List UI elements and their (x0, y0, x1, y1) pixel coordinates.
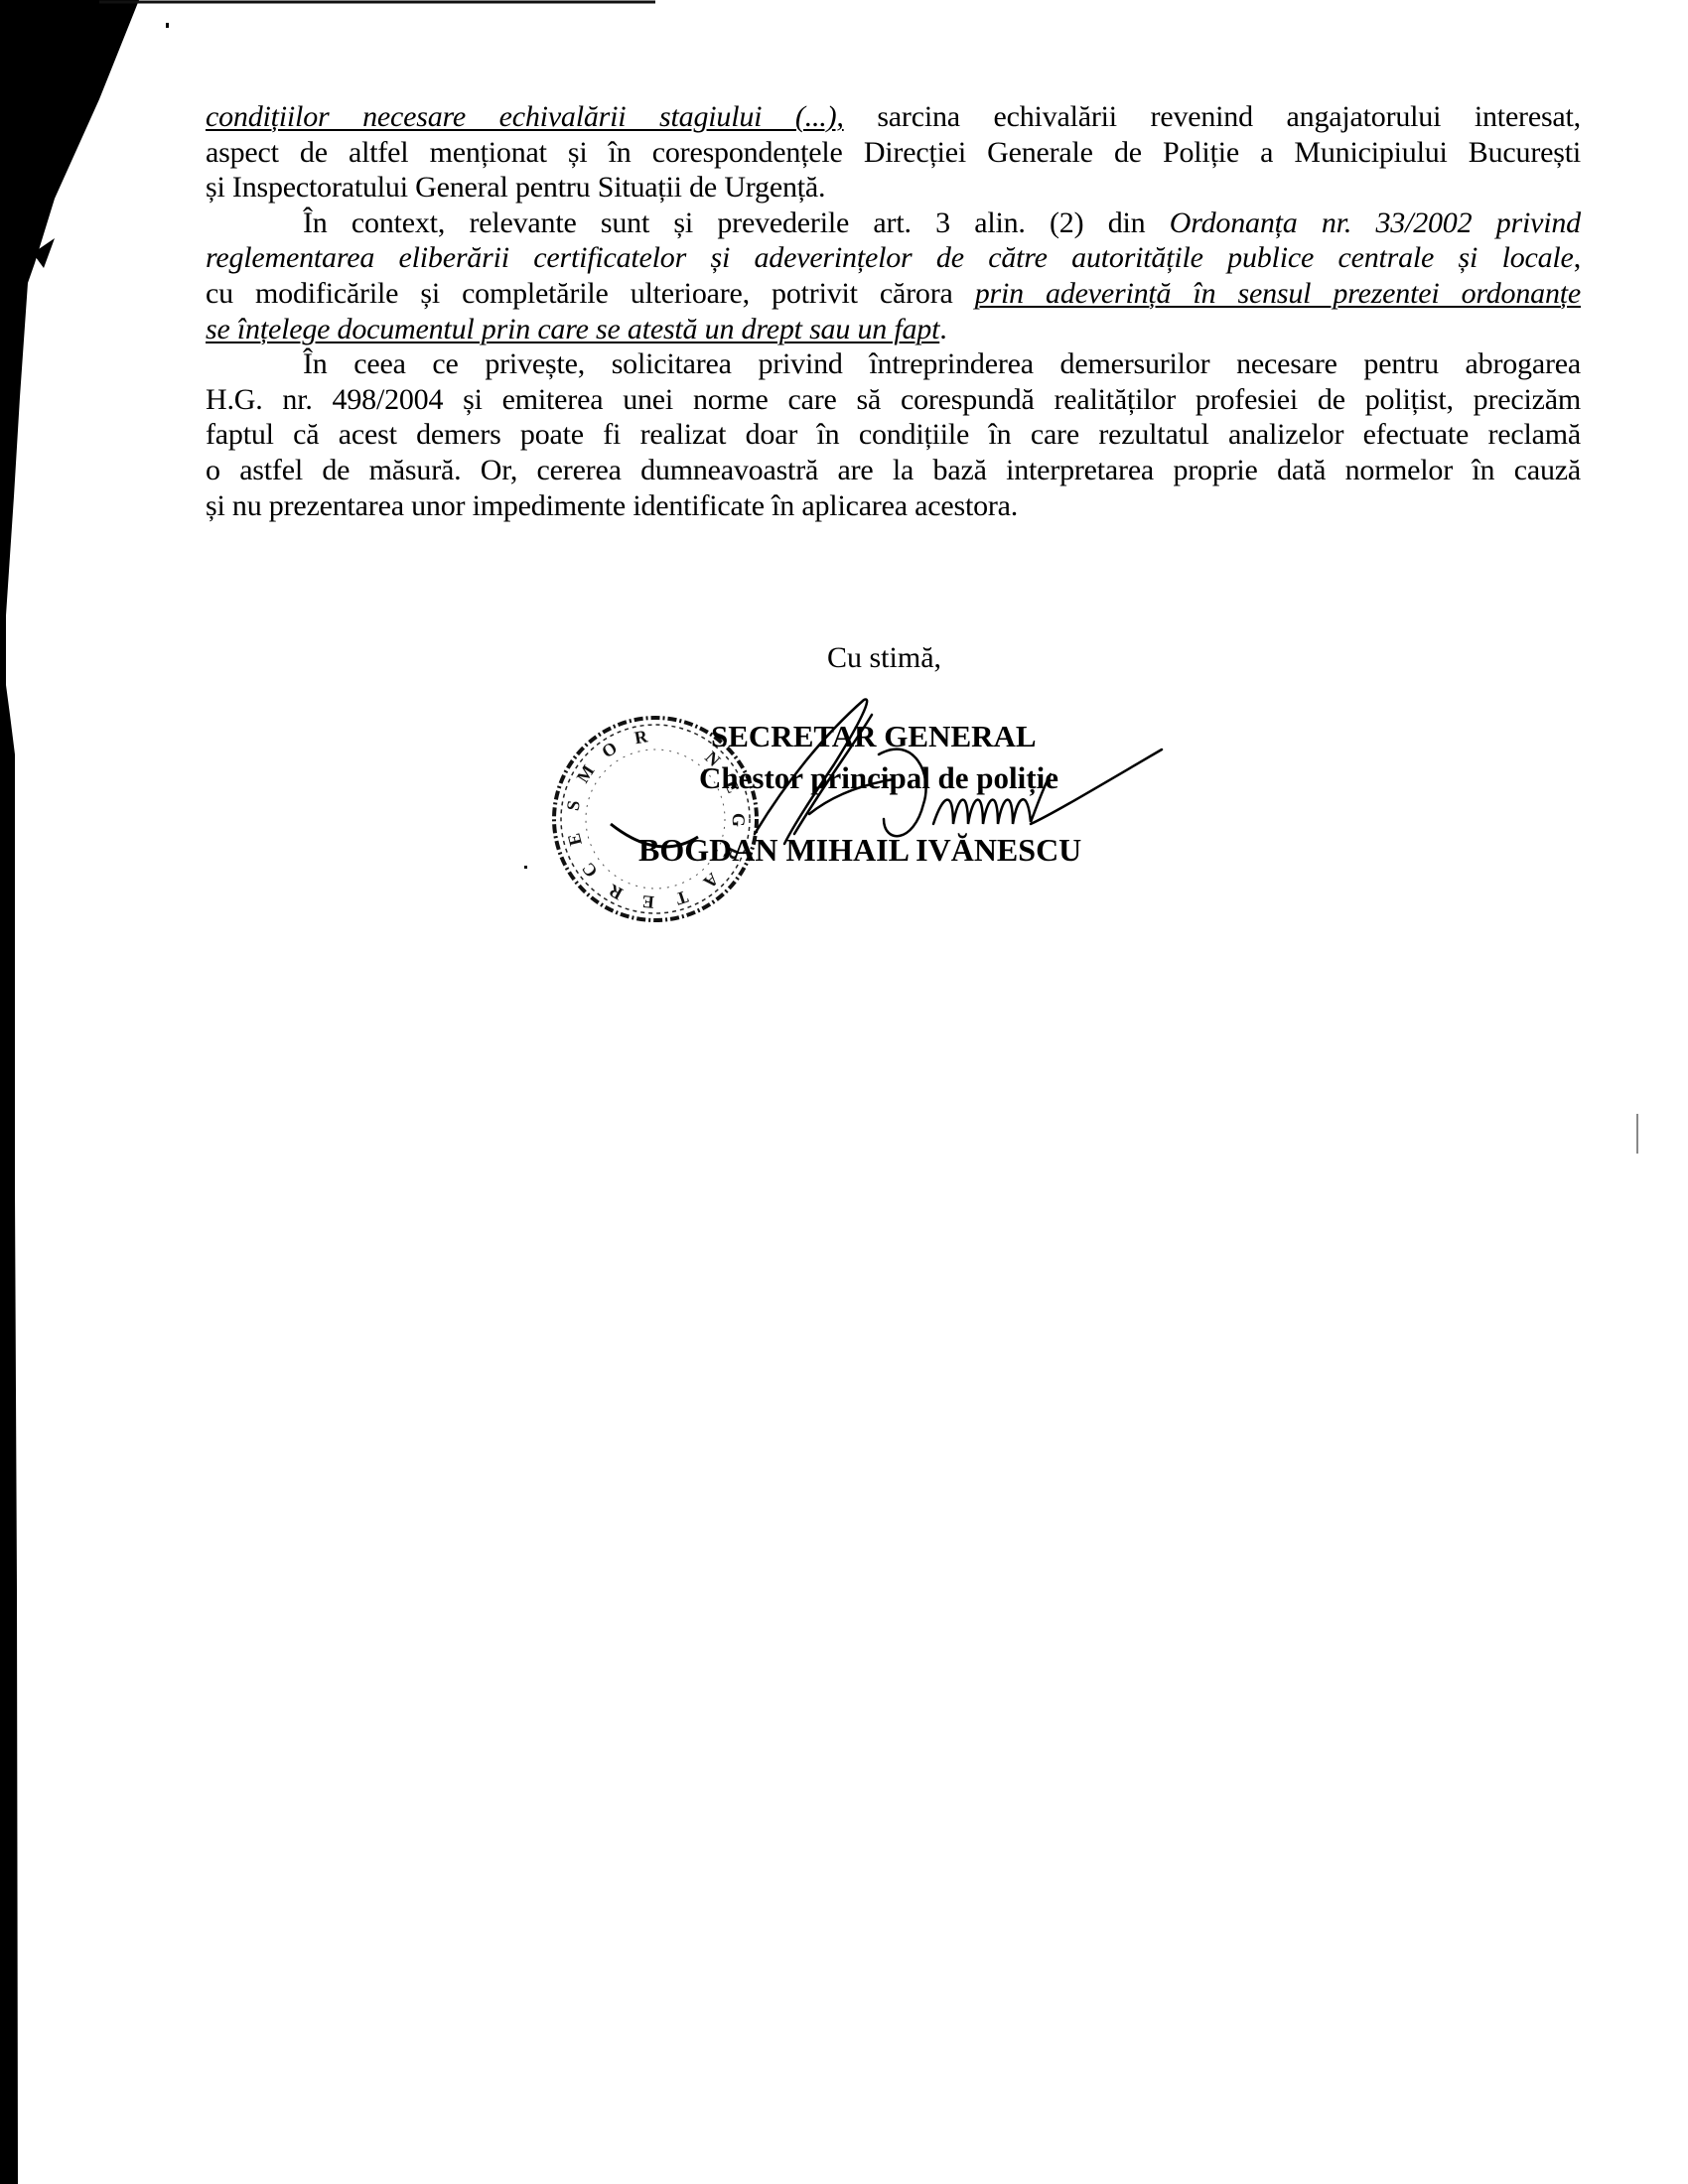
text-segment: o astfel de măsură. Or, cererea dumneavo… (206, 454, 1581, 486)
svg-text:O: O (598, 738, 621, 761)
svg-text:R: R (633, 726, 649, 748)
svg-text:E: E (641, 891, 655, 912)
paragraph: În context, relevante sunt și prevederil… (206, 205, 1581, 346)
quoted-citation: condițiilor necesare echivalării stagiul… (206, 100, 844, 133)
text-segment: cu modificările și completările ulterioa… (206, 277, 975, 310)
paragraph: În ceea ce privește, solicitarea privind… (206, 346, 1581, 523)
text-line: cu modificările și completările ulterioa… (206, 276, 1581, 312)
text-line: aspect de altfel menționat și în corespo… (206, 135, 1581, 171)
svg-text:G: G (729, 813, 749, 827)
legal-reference: Ordonanța nr. 33/2002 privind (1170, 206, 1581, 239)
svg-text:A: A (700, 869, 723, 892)
letter-body: condițiilor necesare echivalării stagiul… (206, 99, 1581, 523)
text-segment: sarcina echivalării revenind angajatorul… (844, 100, 1581, 133)
text-line: H.G. nr. 498/2004 și emiterea unei norme… (206, 382, 1581, 418)
svg-text:M: M (573, 761, 599, 786)
text-line: reglementarea eliberării certificatelor … (206, 240, 1581, 276)
text-line: condițiilor necesare echivalării stagiul… (206, 99, 1581, 135)
legal-reference: reglementarea eliberării certificatelor … (206, 241, 1574, 274)
closing-salutation: Cu stimă, (827, 640, 941, 676)
signatory-name: BOGDAN MIHAIL IVĂNESCU (638, 832, 1081, 868)
signatory-rank: Chestor principal de poliție (699, 760, 1058, 796)
paragraph: condițiilor necesare echivalării stagiul… (206, 99, 1581, 205)
text-line: se înțelege documentul prin care se ates… (206, 312, 1581, 347)
text-segment: aspect de altfel menționat și în corespo… (206, 136, 1581, 169)
quoted-citation: se înțelege documentul prin care se ates… (206, 313, 939, 345)
text-line: o astfel de măsură. Or, cererea dumneavo… (206, 453, 1581, 488)
text-line: În context, relevante sunt și prevederil… (206, 205, 1581, 241)
text-segment: și nu prezentarea unor impedimente ident… (206, 489, 1018, 522)
text-line: În ceea ce privește, solicitarea privind… (206, 346, 1581, 382)
quoted-citation: prin adeverință în sensul prezentei ordo… (975, 277, 1581, 310)
text-segment: și Inspectoratului General pentru Situaț… (206, 171, 825, 204)
text-segment: H.G. nr. 498/2004 și emiterea unei norme… (206, 383, 1581, 416)
signatory-title: SECRETAR GENERAL (711, 719, 1037, 754)
text-line: și nu prezentarea unor impedimente ident… (206, 488, 1581, 524)
text-line: faptul că acest demers poate fi realizat… (206, 417, 1581, 453)
svg-text:S: S (563, 799, 584, 812)
svg-text:R: R (605, 880, 627, 903)
text-segment: În ceea ce privește, solicitarea privind… (303, 347, 1581, 380)
text-segment: , (1574, 241, 1581, 274)
svg-text:E: E (564, 831, 586, 848)
text-segment: În context, relevante sunt și prevederil… (303, 206, 1170, 239)
text-segment: faptul că acest demers poate fi realizat… (206, 418, 1581, 451)
text-line: și Inspectoratului General pentru Situaț… (206, 170, 1581, 205)
text-segment: . (939, 313, 946, 345)
svg-text:T: T (673, 887, 691, 909)
